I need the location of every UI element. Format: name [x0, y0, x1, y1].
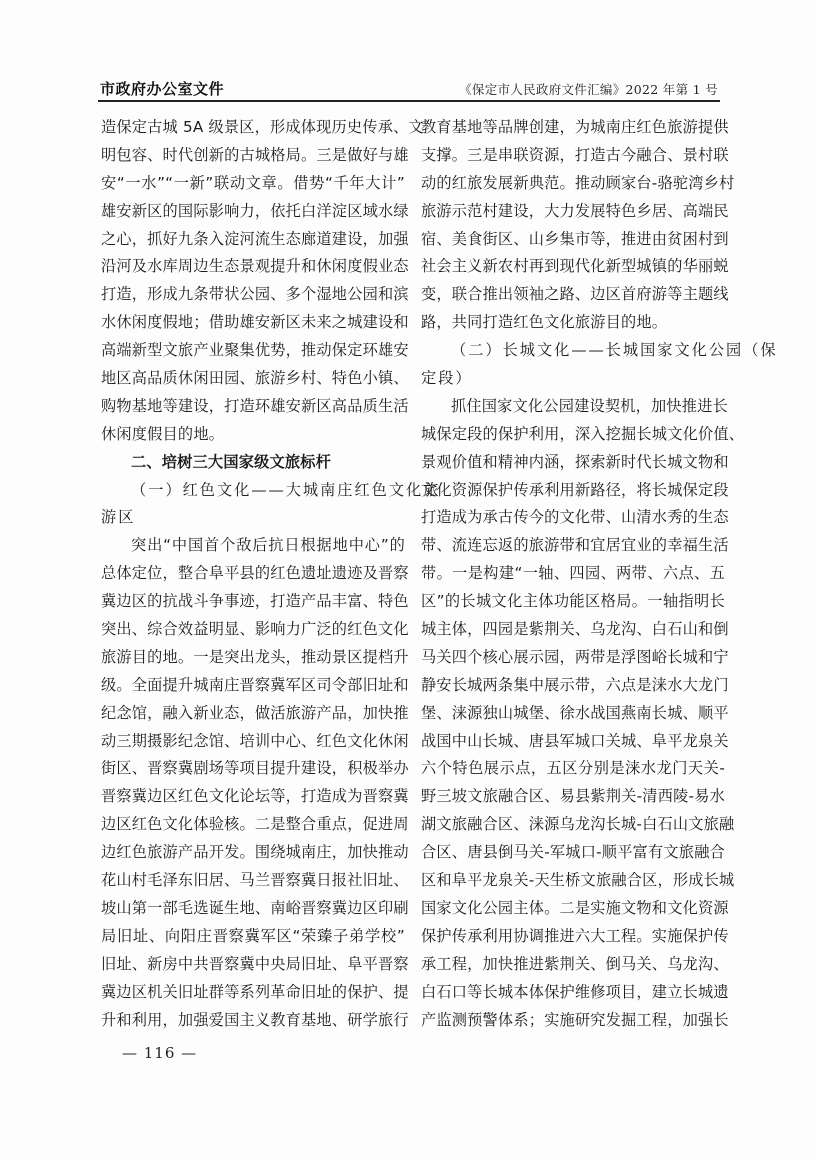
text-line: 旅游示范村建设，大力发展特色乡居、高端民	[421, 198, 725, 226]
text-line: 街区、晋察冀剧场等项目提升建设，积极举办	[101, 755, 405, 783]
subsection-heading-continued: 游区	[101, 504, 405, 532]
text-line: 区和阜平龙泉关-天生桥文旅融合区，形成长城	[421, 867, 725, 895]
text-line: 教育基地等品牌创建，为城南庄红色旅游提供	[421, 114, 725, 142]
text-line: 级。全面提升城南庄晋察冀军区司令部旧址和	[101, 672, 405, 700]
text-line: 城主体，四园是紫荆关、乌龙沟、白石山和倒	[421, 616, 725, 644]
text-line: 水休闲度假地；借助雄安新区未来之城建设和	[101, 309, 405, 337]
subsection-heading: （二）长城文化——长城国家文化公园（保	[421, 337, 725, 365]
text-line: 边红色旅游产品开发。围绕城南庄，加快推动	[101, 839, 405, 867]
text-line: 白石口等长城本体保护维修项目，建立长城遗	[421, 979, 725, 1007]
text-line: 保护传承利用协调推进六大工程。实施保护传	[421, 923, 725, 951]
text-line: 支撑。三是串联资源，打造古今融合、景村联	[421, 142, 725, 170]
text-line: 带。一是构建“一轴、四园、两带、六点、五	[421, 560, 725, 588]
subsection-heading: （一）红色文化——大城南庄红色文化旅	[101, 477, 405, 505]
text-line: 造保定古城 5A 级景区，形成体现历史传承、文	[101, 114, 405, 142]
text-line: 边区红色文化体验核。二是整合重点，促进周	[101, 811, 405, 839]
text-line: 堡、涞源独山城堡、徐水战国燕南长城、顺平	[421, 700, 725, 728]
text-line: 花山村毛泽东旧居、马兰晋察冀日报社旧址、	[101, 867, 405, 895]
text-line: 旅游目的地。一是突出龙头，推动景区提档升	[101, 644, 405, 672]
right-text-column: 教育基地等品牌创建，为城南庄红色旅游提供 支撑。三是串联资源，打造古今融合、景村…	[421, 114, 725, 1034]
text-line: 景观价值和精神内涵，探索新时代长城文物和	[421, 449, 725, 477]
text-line: 地区高品质休闲田园、旅游乡村、特色小镇、	[101, 365, 405, 393]
text-line: 冀边区机关旧址群等系列革命旧址的保护、提	[101, 979, 405, 1007]
header-rule-divider	[98, 100, 720, 102]
text-line: 雄安新区的国际影响力，依托白洋淀区域水绿	[101, 198, 405, 226]
text-line: 购物基地等建设，打造环雄安新区高品质生活	[101, 393, 405, 421]
text-line: 高端新型文旅产业聚集优势，推动保定环雄安	[101, 337, 405, 365]
text-line: 晋察冀边区红色文化论坛等，打造成为晋察冀	[101, 783, 405, 811]
text-line: 静安长城两条集中展示带，六点是涞水大龙门	[421, 672, 725, 700]
text-line: 旧址、新房中共晋察冀中央局旧址、阜平晋察	[101, 951, 405, 979]
text-line: 合区、唐县倒马关-军城口-顺平富有文旅融合	[421, 839, 725, 867]
document-page: 市政府办公室文件 《保定市人民政府文件汇编》2022 年第 1 号 造保定古城 …	[0, 0, 816, 1159]
paragraph-first-line: 突出“中国首个敌后抗日根据地中心”的	[101, 532, 405, 560]
text-line: 冀边区的抗战斗争事迹，打造产品丰富、特色	[101, 588, 405, 616]
text-line: 打造成为承古传今的文化带、山清水秀的生态	[421, 504, 725, 532]
text-line: 湖文旅融合区、涞源乌龙沟长城-白石山文旅融	[421, 811, 725, 839]
text-line: 宿、美食街区、山乡集市等，推进由贫困村到	[421, 226, 725, 254]
left-text-column: 造保定古城 5A 级景区，形成体现历史传承、文 明包容、时代创新的古城格局。三是…	[101, 114, 405, 1034]
paragraph-first-line: 抓住国家文化公园建设契机，加快推进长	[421, 393, 725, 421]
text-line: 变，联合推出领袖之路、边区首府游等主题线	[421, 281, 725, 309]
text-line: 承工程，加快推进紫荆关、倒马关、乌龙沟、	[421, 951, 725, 979]
text-line: 城保定段的保护利用，深入挖掘长城文化价值、	[421, 421, 725, 449]
running-header: 市政府办公室文件 《保定市人民政府文件汇编》2022 年第 1 号	[98, 78, 720, 102]
text-line: 带、流连忘返的旅游带和宜居宜业的幸福生活	[421, 532, 725, 560]
section-heading: 二、培树三大国家级文旅标杆	[101, 449, 405, 477]
text-line: 突出、综合效益明显、影响力广泛的红色文化	[101, 616, 405, 644]
text-line: 沿河及水库周边生态景观提升和休闲度假业态	[101, 253, 405, 281]
text-line: 路，共同打造红色文化旅游目的地。	[421, 309, 725, 337]
text-line: 局旧址、向阳庄晋察冀军区“荣臻子弟学校”	[101, 923, 405, 951]
text-line: 动的红旅发展新典范。推动顾家台-骆驼湾乡村	[421, 170, 725, 198]
text-line: 总体定位，整合阜平县的红色遗址遗迹及晋察	[101, 560, 405, 588]
page-number: — 116 —	[122, 1044, 197, 1062]
header-publication-title: 《保定市人民政府文件汇编》2022 年第 1 号	[459, 80, 718, 98]
text-line: 打造，形成九条带状公园、多个湿地公园和滨	[101, 281, 405, 309]
text-line: 野三坡文旅融合区、易县紫荆关-清西陵-易水	[421, 783, 725, 811]
text-line: 文化资源保护传承利用新路径，将长城保定段	[421, 477, 725, 505]
text-line: 纪念馆，融入新业态，做活旅游产品，加快推	[101, 700, 405, 728]
text-line: 坡山第一部毛选诞生地、南峪晋察冀边区印刷	[101, 895, 405, 923]
text-line: 产监测预警体系；实施研究发掘工程，加强长	[421, 1007, 725, 1035]
text-line: 社会主义新农村再到现代化新型城镇的华丽蜕	[421, 253, 725, 281]
text-line: 安“一水”“一新”联动文章。借势“千年大计”	[101, 170, 405, 198]
text-line: 区”的长城文化主体功能区格局。一轴指明长	[421, 588, 725, 616]
text-line: 明包容、时代创新的古城格局。三是做好与雄	[101, 142, 405, 170]
text-line: 马关四个核心展示园，两带是浮图峪长城和宁	[421, 644, 725, 672]
text-line: 升和利用，加强爱国主义教育基地、研学旅行	[101, 1007, 405, 1035]
text-line: 战国中山长城、唐县军城口关城、阜平龙泉关	[421, 728, 725, 756]
subsection-heading-continued: 定段）	[421, 365, 725, 393]
text-line: 之心，抓好九条入淀河流生态廊道建设，加强	[101, 226, 405, 254]
text-line: 动三期摄影纪念馆、培训中心、红色文化休闲	[101, 728, 405, 756]
header-office-title: 市政府办公室文件	[100, 78, 224, 99]
text-line: 国家文化公园主体。二是实施文物和文化资源	[421, 895, 725, 923]
text-line: 六个特色展示点，五区分别是涞水龙门天关-	[421, 755, 725, 783]
text-line: 休闲度假目的地。	[101, 421, 405, 449]
